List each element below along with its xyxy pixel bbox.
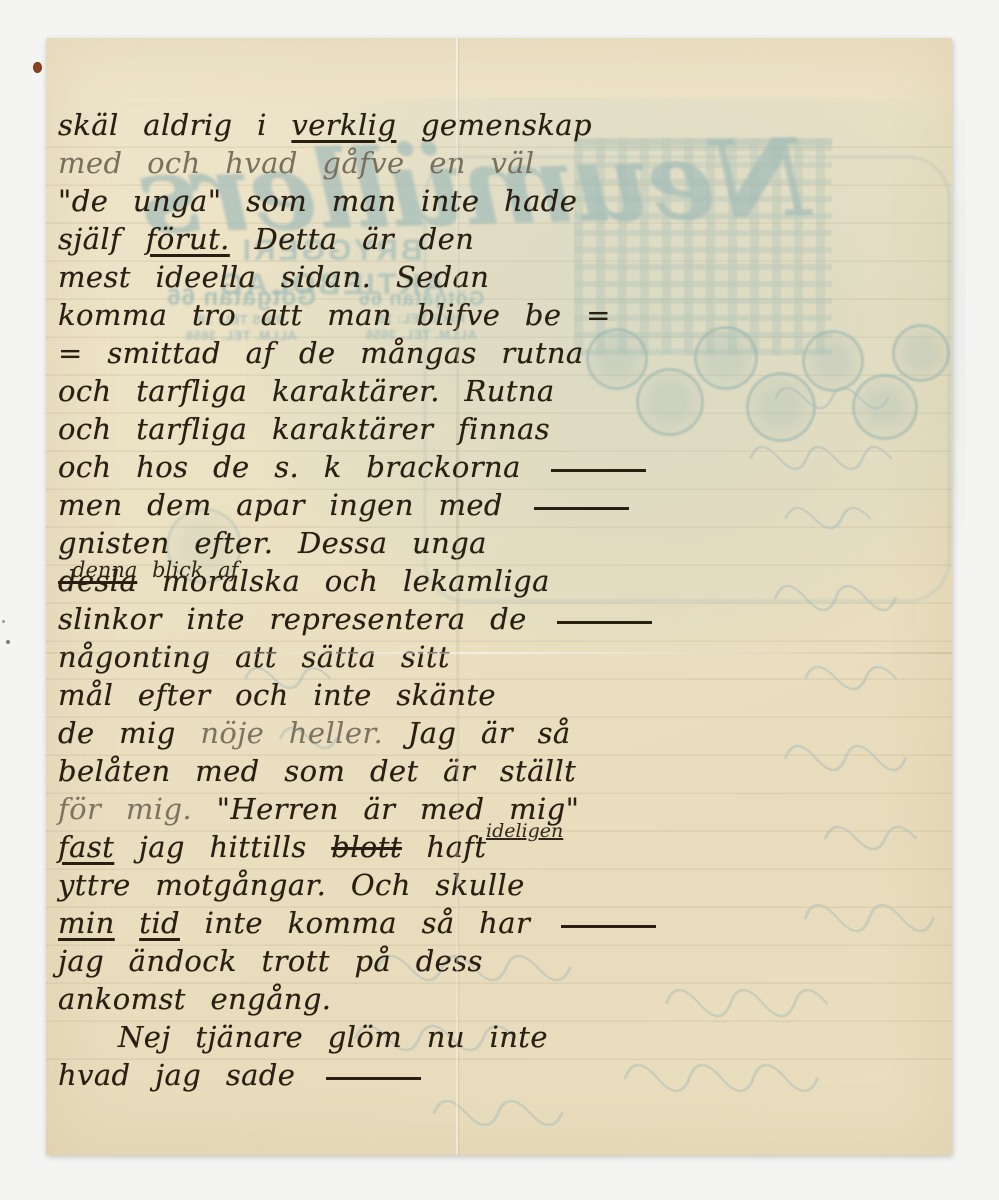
paper-stain-speck [33,62,42,73]
handwriting-line: med och hvad gåfve en väl [58,144,942,182]
letter-paper: Neumüllers BRYGGERI AKTIEBOLAG Götgatan … [46,38,952,1155]
pen-flourish [528,488,629,522]
handwriting-line: någonting att sätta sitt [58,638,942,676]
handwriting-line: mål efter och inte skänte [58,676,942,714]
handwriting-line: belåten med som det är ställt [58,752,942,790]
handwriting-line: och tarfliga karaktärer finnas [58,410,942,448]
handwriting-line: skäl aldrig i verklig gemenskap [58,106,942,144]
handwriting-line: yttre motgångar. Och skulle [58,866,942,904]
interline-insertion: ideligen [486,820,563,842]
handwriting-line: själf förut. Detta är den [58,220,942,258]
handwriting-line: = smittad af de mångas rutna [58,334,942,372]
dust-speck [2,620,5,623]
pen-flourish [551,602,652,636]
handwritten-text-block: skäl aldrig i verklig gemenskap med och … [58,106,942,1094]
vertical-fold-crease [456,38,458,1155]
scanned-letter-page: Neumüllers BRYGGERI AKTIEBOLAG Götgatan … [0,0,999,1200]
handwriting-line: ankomst engång. [58,980,942,1018]
pen-flourish [320,1058,421,1092]
interline-insertion: denna blick af [72,558,238,582]
handwriting-line: komma tro att man blifve be = [58,296,942,334]
handwriting-line: slinkor inte representera de [58,600,942,638]
handwriting-line: men dem apar ingen med [58,486,942,524]
handwriting-line: mest ideella sidan. Sedan [58,258,942,296]
handwriting-line: Nej tjänare glöm nu inte [58,1018,942,1056]
horizontal-fold-crease [46,652,952,654]
handwriting-line: och tarfliga karaktärer. Rutna [58,372,942,410]
handwriting-line: gnisten efter. Dessa unga [58,524,942,562]
handwriting-line: de mig nöje heller. Jag är så [58,714,942,752]
handwriting-line: min tid inte komma så har [58,904,942,942]
handwriting-line: "de unga" som man inte hade [58,182,942,220]
pen-flourish [545,450,646,484]
dust-speck [6,640,10,644]
handwriting-line: jag ändock trott på dess [58,942,942,980]
pen-flourish [555,906,656,940]
handwriting-line: och hos de s. k brackorna [58,448,942,486]
handwriting-line: hvad jag sade [58,1056,942,1094]
